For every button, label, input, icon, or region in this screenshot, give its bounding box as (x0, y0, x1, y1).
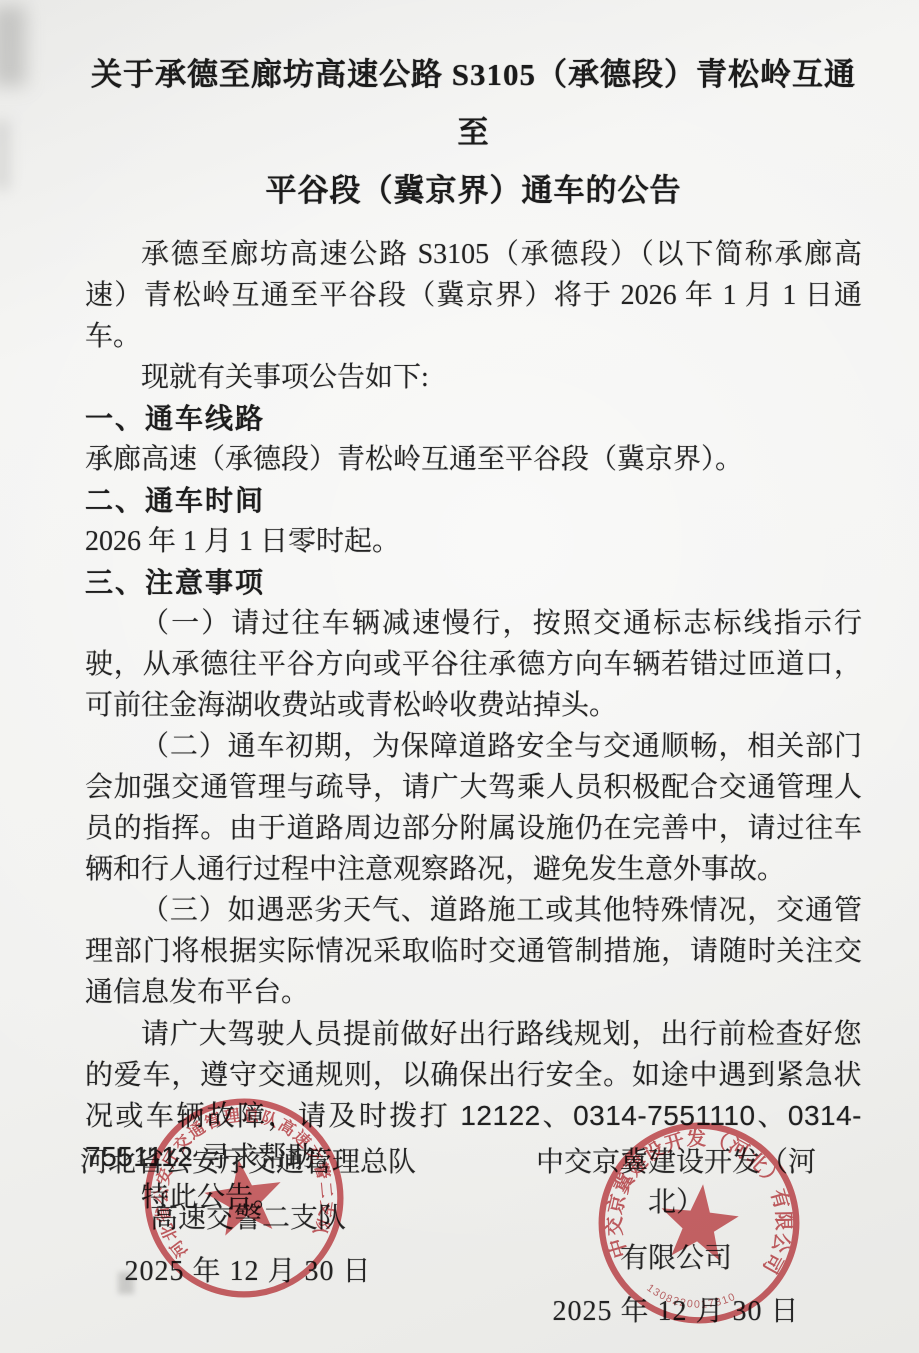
notice-item-2: （二）通车初期，为保障道路安全与交通顺畅，相关部门会加强交通管理与疏导，请广大驾… (85, 726, 862, 890)
title-line-1: 关于承德至廊坊高速公路 S3105（承德段）青松岭互通至 (85, 46, 862, 162)
section2-heading: 二、通车时间 (85, 480, 862, 521)
scan-smudge (0, 120, 10, 190)
section1-body: 承廊高速（承德段）青松岭互通至平谷段（冀京界）。 (85, 439, 862, 480)
announcement-document: 关于承德至廊坊高速公路 S3105（承德段）青松岭互通至 平谷段（冀京界）通车的… (0, 0, 919, 1353)
intro-paragraph: 承德至廊坊高速公路 S3105（承德段）（以下简称承廊高速）青松岭互通至平谷段（… (85, 234, 862, 357)
section2-body: 2026 年 1 月 1 日零时起。 (85, 521, 862, 562)
left-org-line1: 河北省公安厅交通管理总队 (78, 1140, 418, 1180)
lead-in-line: 现就有关事项公告如下: (85, 357, 862, 398)
right-org-line1: 中交京冀建设开发（河北） (515, 1140, 837, 1220)
left-date: 2025 年 12 月 30 日 (78, 1249, 418, 1289)
signature-block-right: 中交京冀建设开发（河北） 有限公司 2025 年 12 月 30 日 (515, 1140, 837, 1329)
document-body: 关于承德至廊坊高速公路 S3105（承德段）青松岭互通至 平谷段（冀京界）通车的… (85, 46, 862, 1218)
section3-heading: 三、注意事项 (85, 562, 862, 603)
document-title: 关于承德至廊坊高速公路 S3105（承德段）青松岭互通至 平谷段（冀京界）通车的… (85, 46, 862, 220)
title-line-2: 平谷段（冀京界）通车的公告 (85, 162, 862, 220)
notice-item-3: （三）如遇恶劣天气、道路施工或其他特殊情况，交通管理部门将根据实际情况采取临时交… (85, 890, 862, 1013)
right-date: 2025 年 12 月 30 日 (515, 1289, 837, 1329)
notice-item-1: （一）请过往车辆减速慢行，按照交通标志标线指示行驶，从承德往平谷方向或平谷往承德… (85, 603, 862, 726)
scan-smudge (0, 6, 26, 86)
section1-heading: 一、通车线路 (85, 398, 862, 439)
signature-block-left: 河北省公安厅交通管理总队 高速交警二支队 2025 年 12 月 30 日 (78, 1140, 418, 1289)
right-org-line2: 有限公司 (515, 1236, 837, 1276)
left-org-line2: 高速交警二支队 (78, 1196, 418, 1236)
